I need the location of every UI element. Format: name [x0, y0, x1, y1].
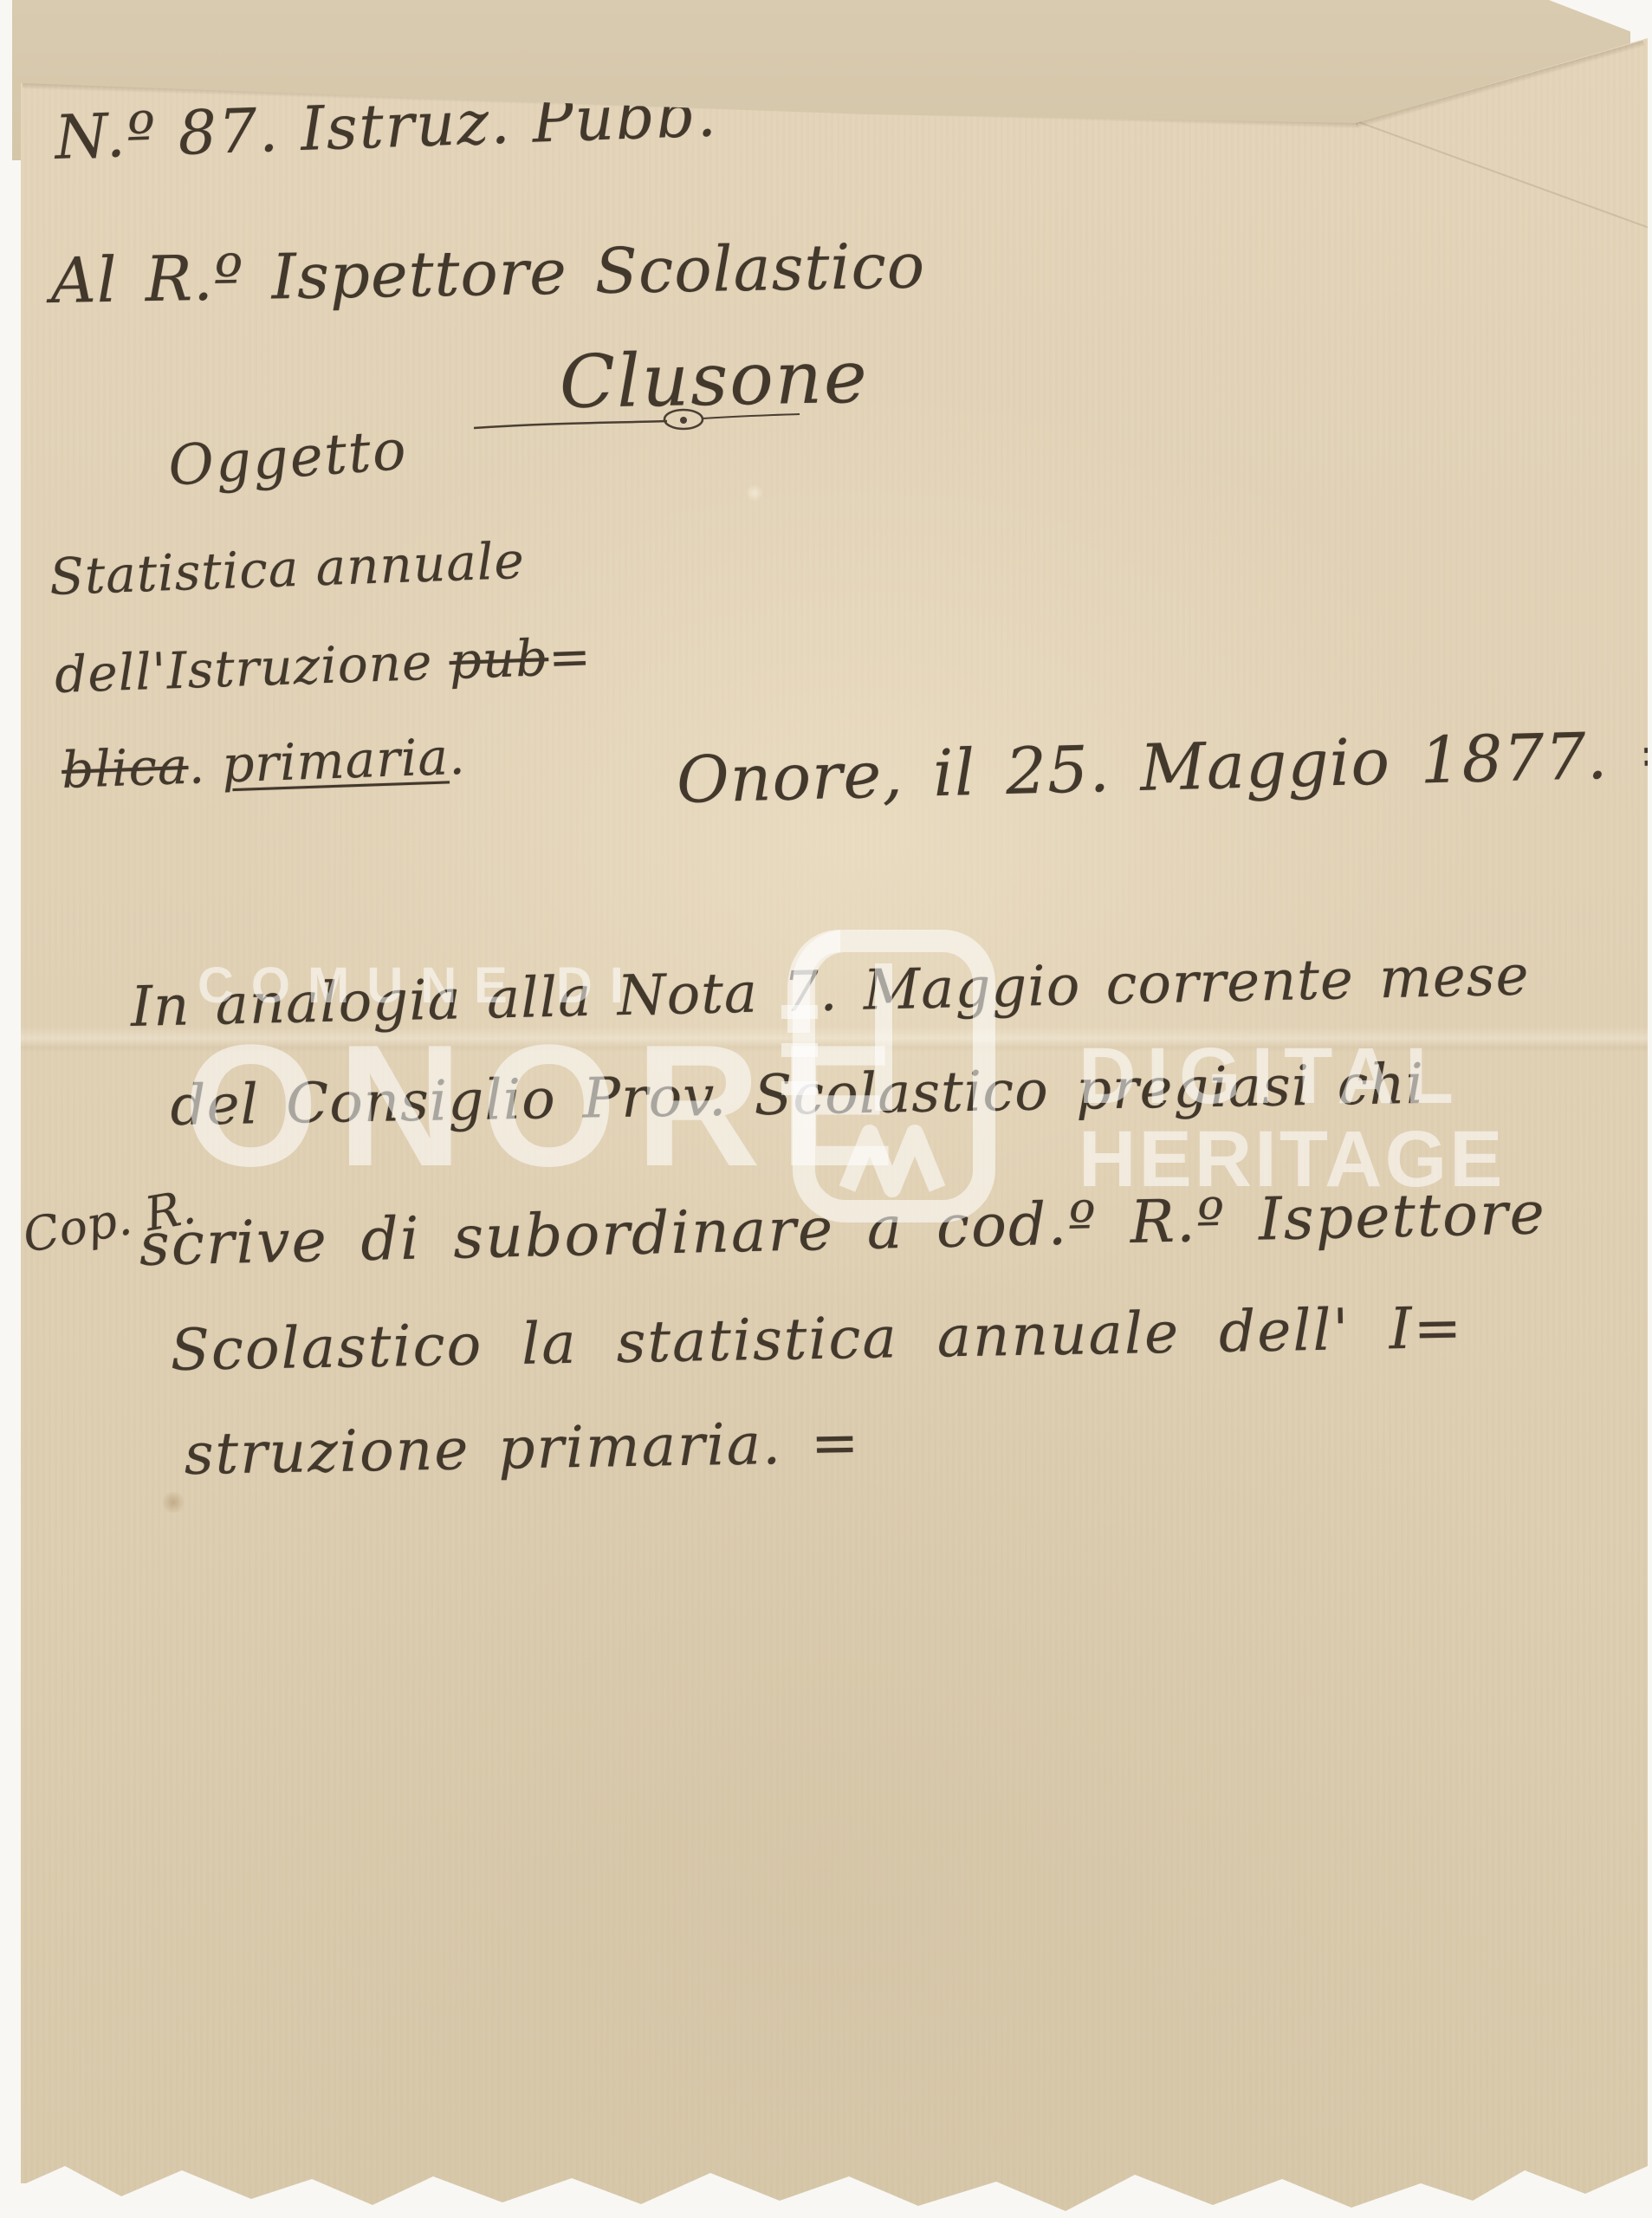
subject-period: .	[448, 727, 467, 787]
subject-crossed-word: pub	[448, 628, 549, 691]
paper-stain	[745, 485, 764, 501]
subject-line-2-text: dell'Istruzione	[54, 632, 450, 704]
fold-crease	[1346, 117, 1652, 237]
body-line-4: Scolastico la statistica annuale dell' I…	[170, 1294, 1464, 1384]
subject-line-1: Statistica annuale	[49, 531, 526, 606]
subject-separator: .	[187, 736, 223, 795]
subject-line-3: blica. primaria.	[61, 727, 467, 800]
letter-sheet: N.º 87. Istruz. Pubb. Al R.º Ispettore S…	[0, 0, 1652, 2218]
paper-stain	[160, 1492, 186, 1513]
subject-crossed-word: blica	[61, 736, 190, 800]
recipient-line: Al R.º Ispettore Scolastico	[50, 229, 926, 317]
body-line-5: struzione primaria. =	[184, 1409, 861, 1488]
subject-hyphen: =	[547, 626, 593, 687]
underline-flourish	[472, 405, 801, 440]
scanned-document-page: N.º 87. Istruz. Pubb. Al R.º Ispettore S…	[0, 0, 1652, 2218]
body-line-1: In analogia alla Nota 7. Maggio corrente…	[130, 944, 1530, 1040]
body-line-2: del Consiglio Prov. Scolastico pregiasi …	[170, 1053, 1425, 1138]
subject-line-2: dell'Istruzione pub=	[54, 626, 593, 704]
subject-label: Oggetto	[166, 418, 410, 499]
dateline: Onore, il 25. Maggio 1877. =	[676, 717, 1652, 818]
body-line-3: scrive di subordinare a cod.º R.º Ispett…	[139, 1179, 1547, 1280]
subject-word-primaria: primaria	[221, 727, 450, 794]
